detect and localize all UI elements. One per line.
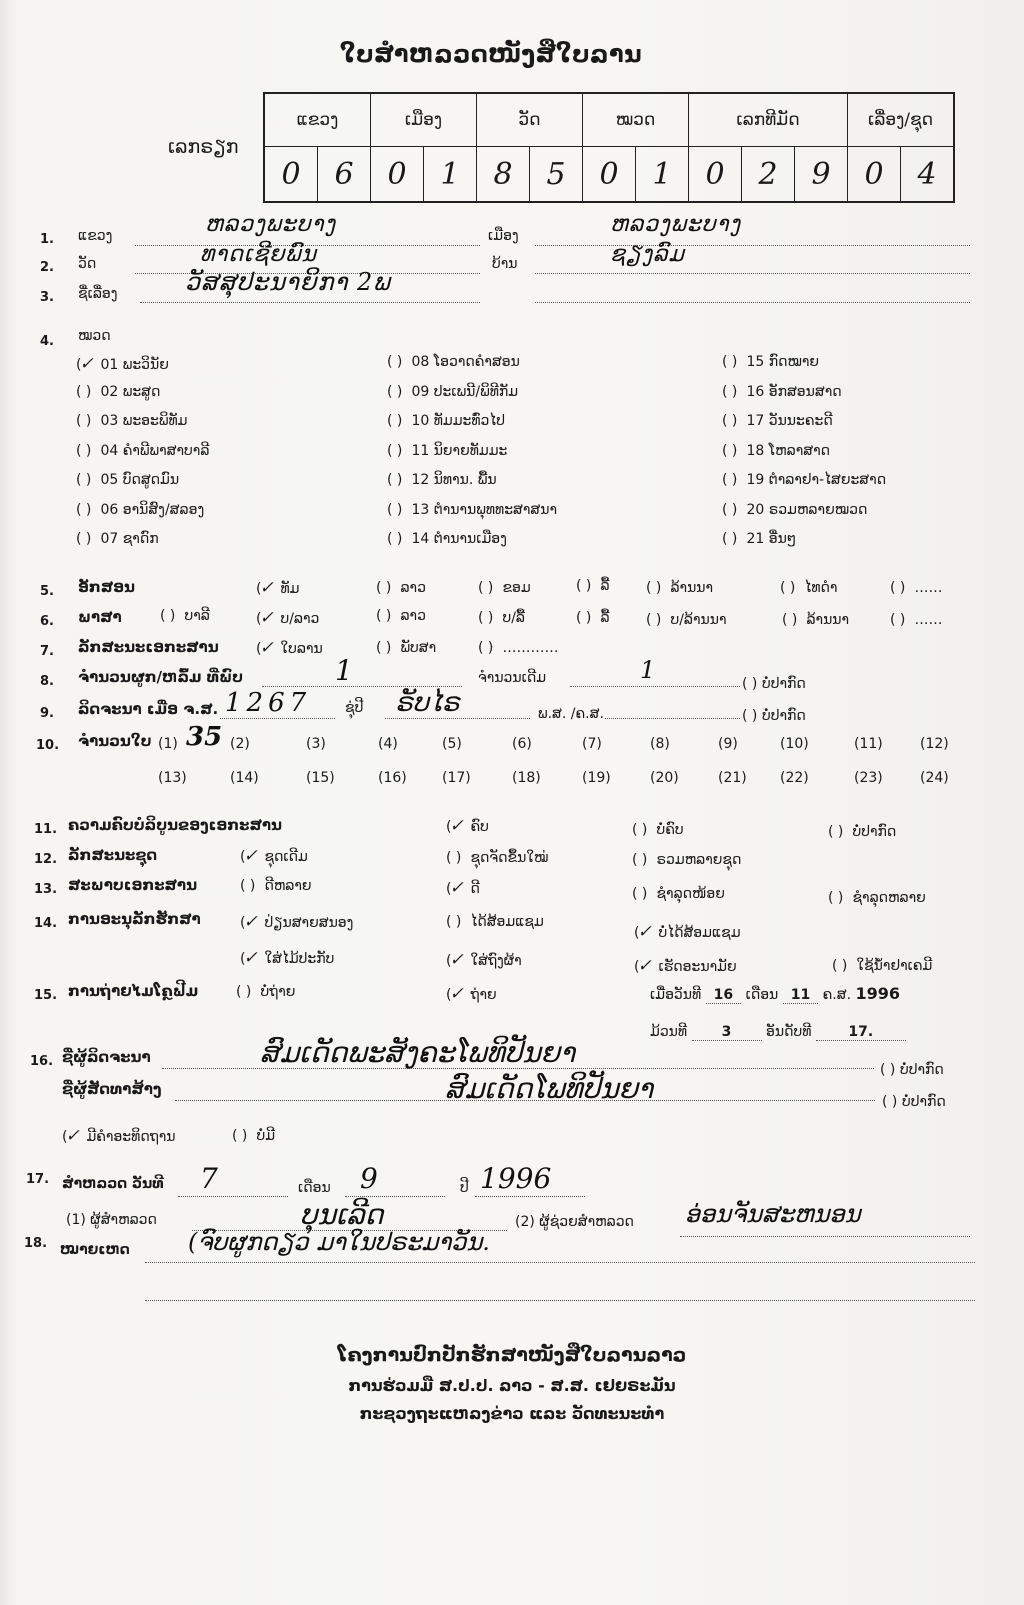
empty-checkbox-icon[interactable]: ( ) xyxy=(160,608,180,624)
option-label: 21 ອື່ນໆ xyxy=(742,531,796,547)
option-label: ຊຳລຸດໜ້ອຍ xyxy=(652,886,725,902)
checkbox-option[interactable]: (✓ ບ/ລາວ xyxy=(256,608,319,628)
empty-checkbox-icon[interactable]: ( ) xyxy=(722,531,742,547)
checkbox-option[interactable]: ( ) ໄດ້ສ້ອມແຊມ xyxy=(446,914,544,930)
empty-checkbox-icon[interactable]: ( ) xyxy=(632,886,652,902)
code-header-3: ໝວດ xyxy=(583,93,689,147)
code-digit[interactable]: 9 xyxy=(795,147,848,203)
checkbox-option[interactable]: ( ) ບໍ່ຄົບ xyxy=(632,822,684,838)
leaf-count-value-1[interactable]: 35 xyxy=(186,722,222,752)
option-label: ບໍ່ຖ່າຍ xyxy=(256,984,295,1000)
dotted-line xyxy=(680,1236,970,1237)
checkbox-option[interactable]: ( ) 13 ຕຳນານພຸທທະສາສນາ xyxy=(387,502,557,518)
option-label: ລ້ານນາ xyxy=(666,580,713,596)
checkbox-option[interactable]: ( ) ໃຊ້ນ້ຳຢາເຄມີ xyxy=(832,958,932,974)
leaf-slot[interactable]: (17) xyxy=(442,770,471,786)
option-label: …… xyxy=(910,580,942,596)
checkmark-icon[interactable]: (✓ xyxy=(634,922,654,942)
year-cycle-label: ຊຸ່ປີ xyxy=(345,700,363,716)
survey-month[interactable]: 9 xyxy=(360,1162,378,1195)
checkmark-icon[interactable]: (✓ xyxy=(446,950,466,970)
empty-checkbox-icon[interactable]: ( ) xyxy=(76,384,96,400)
option-label: 16 ອັກສອນສາດ xyxy=(742,384,842,400)
option-label: ຊຳລຸດຫລາຍ xyxy=(848,890,926,906)
empty-checkbox-icon[interactable]: ( ) xyxy=(632,822,652,838)
option-label: ຄົບ xyxy=(466,819,489,835)
leaf-slot[interactable]: (15) xyxy=(306,770,335,786)
checkbox-option[interactable]: ( ) 16 ອັກສອນສາດ xyxy=(722,384,842,400)
empty-checkbox-icon[interactable]: ( ) xyxy=(376,580,396,596)
dotted-line xyxy=(570,686,740,687)
checkbox-option[interactable]: (✓ ໃສ່ໄມ້ປະກັບ xyxy=(240,948,334,968)
empty-checkbox-icon[interactable]: ( ) xyxy=(387,443,407,459)
author-value[interactable]: ສົມເດັດພະສັງຄະໂພທິປັນຍາ xyxy=(260,1036,575,1069)
checkmark-icon[interactable]: (✓ xyxy=(240,948,260,968)
option-label: ບ/ລາວ xyxy=(276,611,319,627)
dotted-line xyxy=(535,245,970,246)
leaf-slot[interactable]: (9) xyxy=(718,736,738,752)
checkbox-option[interactable]: ( ) 15 ກົດໝາຍ xyxy=(722,354,819,370)
survey-day[interactable]: 7 xyxy=(200,1162,218,1195)
checkbox-option[interactable]: ( ) 05 ບົດສູດມົນ xyxy=(76,472,179,488)
sponsor-label: ຊື່ຜູ້ສັດທາສ້າງ xyxy=(62,1080,162,1098)
empty-checkbox-icon[interactable]: ( ) xyxy=(890,612,910,628)
checkbox-option[interactable]: ( ) ຂອມ xyxy=(478,580,531,596)
s10-number: 10. xyxy=(36,738,59,753)
code-header-1: ເມືອງ xyxy=(371,93,477,147)
checkbox-option[interactable]: (✓ ດີ xyxy=(446,878,480,898)
option-label: 19 ຕຳລາຢາ-ໄສຍະສາດ xyxy=(742,472,886,488)
checkbox-option[interactable]: ( ) ຊຸດຈັດຂຶ້ນໃໝ່ xyxy=(446,850,548,866)
leaf-slot[interactable]: (12) xyxy=(920,736,949,752)
survey-date-label: ສຳຫລວດ ວັນທີ xyxy=(62,1176,164,1192)
checkbox-option[interactable]: ( ) ບ/ລື້ xyxy=(478,610,525,626)
checkmark-icon[interactable]: (✓ xyxy=(240,912,260,932)
empty-checkbox-icon[interactable]: ( ) xyxy=(646,580,666,596)
leaf-slot[interactable]: (22) xyxy=(780,770,809,786)
checkbox-option[interactable]: (✓ 01 ພະວິນັຍ xyxy=(76,354,169,374)
code-digit[interactable]: 4 xyxy=(901,147,955,203)
option-label: ໃບລານ xyxy=(276,641,323,657)
microfilm-roll: ມ້ວນທີ 3 ອັນດັບທີ 17. xyxy=(650,1024,906,1041)
empty-checkbox-icon[interactable]: ( ) xyxy=(446,850,466,866)
category-label: ໝວດ xyxy=(78,328,111,344)
checkbox-option[interactable]: ( ) ຣວມຫລາຍຊຸດ xyxy=(632,852,741,868)
checkbox-option[interactable]: ( ) …… xyxy=(890,580,942,596)
option-label: ລາວ xyxy=(396,580,426,596)
option-label: ທັມ xyxy=(276,581,299,597)
checkbox-option[interactable]: ( ) ບໍ່ປາກົດ xyxy=(828,824,896,840)
original-count-label: ຈຳນວນເດີມ xyxy=(478,670,546,686)
leaf-slot[interactable]: (10) xyxy=(780,736,809,752)
checkbox-option[interactable]: ( ) 02 ພະສູດ xyxy=(76,384,160,400)
checkbox-option[interactable]: ( ) ລາວ xyxy=(376,580,426,596)
reference-number-label: ເລກຣຽກ xyxy=(168,136,239,158)
option-label: …… xyxy=(910,612,942,628)
code-digit[interactable]: 0 xyxy=(583,147,636,203)
checkbox-option[interactable]: ( ) ບໍ່ມີ xyxy=(232,1128,275,1144)
checkmark-icon[interactable]: (✓ xyxy=(446,878,466,898)
checkmark-icon[interactable]: (✓ xyxy=(240,846,260,866)
empty-checkbox-icon[interactable]: ( ) xyxy=(387,472,407,488)
leaf-slot[interactable]: (8) xyxy=(650,736,670,752)
code-digit[interactable]: 1 xyxy=(636,147,689,203)
s16-number: 16. xyxy=(30,1054,53,1069)
leaf-slot[interactable]: (16) xyxy=(378,770,407,786)
empty-checkbox-icon[interactable]: ( ) xyxy=(76,443,96,459)
checkbox-option[interactable]: ( ) ຊຳລຸດຫລາຍ xyxy=(828,890,926,906)
leaf-slot[interactable]: (14) xyxy=(230,770,259,786)
option-label: ບ/ລ້ານນາ xyxy=(666,612,727,628)
author-unknown-option[interactable]: ( )ບໍ່ປາກົດ xyxy=(880,1062,944,1078)
option-label: ໄດ້ສ້ອມແຊມ xyxy=(466,914,544,930)
option-label: ລາວ xyxy=(396,608,426,624)
leaf-slot[interactable]: (7) xyxy=(582,736,602,752)
leaf-slot[interactable]: (21) xyxy=(718,770,747,786)
checkbox-option[interactable]: ( ) ລື້ xyxy=(576,578,610,594)
option-label: 13 ຕຳນານພຸທທະສາສນາ xyxy=(407,502,557,518)
microfilm-label: ການຖ່າຍໄມໂຄຼຟີມ xyxy=(68,982,198,1000)
checkbox-option[interactable]: ( ) 07 ຊາດົກ xyxy=(76,531,159,547)
bundles-found-value[interactable]: 1 xyxy=(335,654,353,687)
empty-checkbox-icon[interactable]: ( ) xyxy=(232,1128,252,1144)
cs-year-value[interactable]: 1267 xyxy=(225,688,311,718)
checkbox-option[interactable]: ( ) 09 ປະເພນີ/ພິທີກັມ xyxy=(387,384,518,400)
empty-checkbox-icon[interactable]: ( ) xyxy=(722,502,742,518)
dotted-line xyxy=(345,1196,445,1197)
checkbox-option[interactable]: ( ) 04 ຄຳພີພາສາບາລີ xyxy=(76,443,209,459)
empty-checkbox-icon[interactable]: ( ) xyxy=(722,384,742,400)
option-label: 07 ຊາດົກ xyxy=(96,531,159,547)
checkmark-icon[interactable]: (✓ xyxy=(446,816,466,836)
checkbox-option[interactable]: (✓ ເຮັດອະນາມັຍ xyxy=(634,956,737,976)
leaf-count-label: ຈຳນວນໃບ xyxy=(78,732,152,750)
option-label: ບ/ລື້ xyxy=(498,610,525,626)
empty-checkbox-icon[interactable]: ( ) xyxy=(387,413,407,429)
option-label: 10 ທັມມະທົ່ວໄປ xyxy=(407,413,505,429)
script-label: ອັກສອນ xyxy=(78,578,135,596)
set-type-label: ລັກສະນະຊຸດ xyxy=(68,846,157,864)
bundles-found-label: ຈຳນວນຜູກ/ຫລົ້ມ ທີ່ພົບ xyxy=(78,668,243,686)
s14-number: 14. xyxy=(34,916,57,931)
empty-checkbox-icon[interactable]: ( ) xyxy=(722,443,742,459)
option-label: 11 ນິຍາຍທັມມະ xyxy=(407,443,507,459)
dotted-line xyxy=(535,302,970,303)
empty-checkbox-icon[interactable]: ( ) xyxy=(632,852,652,868)
checkbox-option[interactable]: ( ) 11 ນິຍາຍທັມມະ xyxy=(387,443,507,459)
checkbox-option[interactable]: ( ) 20 ຣວມຫລາຍໝວດ xyxy=(722,502,867,518)
checkmark-icon[interactable]: (✓ xyxy=(256,578,276,598)
option-label: ໄທດຳ xyxy=(800,580,837,596)
s4-number: 4. xyxy=(40,334,54,349)
option-label: 20 ຣວມຫລາຍໝວດ xyxy=(742,502,867,518)
option-label: 12 ນິທານ. ພື້ນ xyxy=(407,472,497,488)
checkbox-option[interactable]: (✓ ມີຄຳອະທິດຖານ xyxy=(62,1126,176,1146)
empty-checkbox-icon[interactable]: ( ) xyxy=(76,472,96,488)
option-label: ດີ xyxy=(466,881,480,897)
option-label: ຊຸດຈັດຂຶ້ນໃໝ່ xyxy=(466,850,548,866)
option-label: ລື້ xyxy=(596,578,610,594)
leaf-slot[interactable]: (1) xyxy=(158,736,178,752)
option-label: ໃສ່ໄມ້ປະກັບ xyxy=(260,951,334,967)
empty-checkbox-icon[interactable]: ( ) xyxy=(387,384,407,400)
sponsor-value[interactable]: ສົມເດັດໂພທິປັນຍາ xyxy=(445,1072,653,1105)
checkbox-option[interactable]: ( ) 18 ໂຫລາສາດ xyxy=(722,443,830,459)
leaf-slot[interactable]: (3) xyxy=(306,736,326,752)
code-digit[interactable]: 8 xyxy=(477,147,530,203)
empty-checkbox-icon[interactable]: ( ) xyxy=(722,354,742,370)
inscribed-label: ລິດຈະນາ ເມື່ອ ຈ.ສ. xyxy=(78,700,218,718)
leaf-slot[interactable]: (23) xyxy=(854,770,883,786)
leaf-slot[interactable]: (2) xyxy=(230,736,250,752)
checkmark-icon[interactable]: (✓ xyxy=(256,638,276,658)
dotted-line xyxy=(385,718,530,719)
checkmark-icon[interactable]: (✓ xyxy=(634,956,654,976)
checkmark-icon[interactable]: (✓ xyxy=(256,608,276,628)
empty-checkbox-icon[interactable]: ( ) xyxy=(722,472,742,488)
empty-checkbox-icon[interactable]: ( ) xyxy=(387,502,407,518)
checkbox-option[interactable]: ( ) ໄທດຳ xyxy=(780,580,837,596)
checkbox-option[interactable]: ( ) ລ້ານນາ xyxy=(646,580,713,596)
checkbox-option[interactable]: ( ) 12 ນິທານ. ພື້ນ xyxy=(387,472,497,488)
district-label: ເມືອງ xyxy=(488,228,519,244)
option-label: 05 ບົດສູດມົນ xyxy=(96,472,179,488)
checkmark-icon[interactable]: (✓ xyxy=(62,1126,82,1146)
roll-number[interactable]: 3 xyxy=(692,1024,762,1041)
leaf-slot[interactable]: (20) xyxy=(650,770,679,786)
leaf-slot[interactable]: (5) xyxy=(442,736,462,752)
empty-checkbox-icon[interactable]: ( ) xyxy=(478,610,498,626)
province-label: ແຂວງ xyxy=(78,228,112,244)
option-label: ໃຊ້ນ້ຳຢາເຄມີ xyxy=(852,958,932,974)
s9-number: 9. xyxy=(40,706,54,721)
option-label: 04 ຄຳພີພາສາບາລີ xyxy=(96,443,209,459)
option-label: 02 ພະສູດ xyxy=(96,384,160,400)
province-value[interactable]: ຫລວງພະບາງ xyxy=(205,212,336,237)
sponsor-unknown-option[interactable]: ( )ບໍ່ປາກົດ xyxy=(882,1094,946,1110)
empty-checkbox-icon[interactable]: ( ) xyxy=(832,958,852,974)
option-label: ໃສ່ຖົງຜ້າ xyxy=(466,953,522,969)
remarks-value[interactable]: (ຈົບຜູກດຽວ ມາໃນປຣະມາວັນ. xyxy=(188,1228,490,1256)
s2-number: 2. xyxy=(40,260,54,275)
form-title: ໃບສຳຫລວດໜັງສືໃບລານ xyxy=(340,40,642,68)
checkbox-option[interactable]: (✓ ບໍ່ໄດ້ສ້ອມແຊມ xyxy=(634,922,741,942)
village-value[interactable]: ຊຽງລົມ xyxy=(610,242,685,267)
microfilm-year[interactable]: 1996 xyxy=(856,984,901,1003)
leaf-slot[interactable]: (6) xyxy=(512,736,532,752)
s1-number: 1. xyxy=(40,232,54,247)
checkmark-icon[interactable]: (✓ xyxy=(76,354,96,374)
checkbox-option[interactable]: ( ) ລາວ xyxy=(376,608,426,624)
option-label: ຖ່າຍ xyxy=(466,987,497,1003)
leaf-slot[interactable]: (18) xyxy=(512,770,541,786)
title-label: ຊື່ເລື່ອງ xyxy=(78,286,118,302)
checkbox-option[interactable]: ( ) 03 ພະອະພິທັມ xyxy=(76,413,188,429)
dotted-line xyxy=(145,1262,975,1263)
option-label: 06 ອານິສົງ/ສລອງ xyxy=(96,502,204,518)
empty-checkbox-icon[interactable]: ( ) xyxy=(376,640,396,656)
option-label: 09 ປະເພນີ/ພິທີກັມ xyxy=(407,384,518,400)
empty-checkbox-icon[interactable]: ( ) xyxy=(387,354,407,370)
option-label: ບໍ່ຄົບ xyxy=(652,822,684,838)
option-label: ບໍ່ປາກົດ xyxy=(848,824,896,840)
checkbox-option[interactable]: ( ) ບໍ່ຖ່າຍ xyxy=(236,984,295,1000)
condition-label: ສະພາບເອກະສານ xyxy=(68,876,197,894)
dotted-line xyxy=(475,1196,585,1197)
checkbox-option[interactable]: ( ) ຊຳລຸດໜ້ອຍ xyxy=(632,886,725,902)
checkbox-option[interactable]: ( ) ………… xyxy=(478,640,558,656)
checkbox-option[interactable]: ( ) 19 ຕຳລາຢາ-ໄສຍະສາດ xyxy=(722,472,886,488)
option-label: ບໍ່ມີ xyxy=(252,1128,275,1144)
assistant-label: (2) ຜູ້ຊ່ວຍສຳຫລວດ xyxy=(515,1214,634,1230)
checkbox-option[interactable]: (✓ ທັມ xyxy=(256,578,299,598)
sequence-number[interactable]: 17. xyxy=(816,1024,906,1041)
option-label: 03 ພະອະພິທັມ xyxy=(96,413,188,429)
code-digit[interactable]: 0 xyxy=(689,147,742,203)
code-digit[interactable]: 6 xyxy=(318,147,371,203)
option-label: ປ່ຽນສາຍສນອງ xyxy=(260,915,353,931)
s15-number: 15. xyxy=(34,988,57,1003)
checkbox-option[interactable]: ( ) ລື້ xyxy=(576,610,610,626)
completeness-label: ຄວາມຄົບບໍລິບູນຂອງເອກະສານ xyxy=(68,816,282,834)
empty-checkbox-icon[interactable]: ( ) xyxy=(236,984,256,1000)
empty-checkbox-icon[interactable]: ( ) xyxy=(478,580,498,596)
s13-number: 13. xyxy=(34,882,57,897)
leaf-slot[interactable]: (24) xyxy=(920,770,949,786)
option-label: 14 ຕຳນານເມືອງ xyxy=(407,531,507,547)
empty-checkbox-icon[interactable]: ( ) xyxy=(780,580,800,596)
code-digit[interactable]: 5 xyxy=(530,147,583,203)
empty-checkbox-icon[interactable]: ( ) xyxy=(576,610,596,626)
empty-checkbox-icon[interactable]: ( ) xyxy=(576,578,596,594)
checkbox-option[interactable]: ( ) 17 ວັນນະຄະດີ xyxy=(722,413,833,429)
microfilm-date: ເມື່ອວັນທີ 16 ເດືອນ 11 ຄ.ສ. 1996 xyxy=(650,984,900,1003)
option-label: ເຮັດອະນາມັຍ xyxy=(654,959,737,975)
temple-label: ວັດ xyxy=(78,256,96,272)
microfilm-month[interactable]: 11 xyxy=(783,987,818,1004)
empty-checkbox-icon[interactable]: ( ) xyxy=(722,413,742,429)
checkbox-option[interactable]: (✓ ໃສ່ຖົງຜ້າ xyxy=(446,950,522,970)
s8-unknown-option[interactable]: ( )ບໍ່ປາກົດ xyxy=(742,676,806,692)
code-header-5: ເລື່ອງ/ຊຸດ xyxy=(848,93,955,147)
s17-number: 17. xyxy=(26,1172,49,1187)
checkbox-option[interactable]: ( ) 21 ອື່ນໆ xyxy=(722,531,796,547)
s12-number: 12. xyxy=(34,852,57,867)
option-label: ບາລີ xyxy=(180,608,210,624)
checkbox-option[interactable]: ( ) 14 ຕຳນານເມືອງ xyxy=(387,531,507,547)
option-label: ຣວມຫລາຍຊຸດ xyxy=(652,852,741,868)
checkbox-option[interactable]: (✓ ໃບລານ xyxy=(256,638,323,658)
year-cycle-value[interactable]: ຣັບໄຣ xyxy=(395,688,460,718)
temple-value[interactable]: ທາດເຊີຍພົນ xyxy=(200,242,317,267)
empty-checkbox-icon[interactable]: ( ) xyxy=(76,413,96,429)
option-label: ຊຸດເດີມ xyxy=(260,849,308,865)
checkbox-option[interactable]: ( ) 08 ໂອວາດຄຳສອນ xyxy=(387,354,520,370)
empty-checkbox-icon[interactable]: ( ) xyxy=(478,640,498,656)
checkbox-option[interactable]: ( ) 06 ອານິສົງ/ສລອງ xyxy=(76,502,204,518)
option-label: ລ້ານນາ xyxy=(802,612,849,628)
empty-checkbox-icon[interactable]: ( ) xyxy=(240,878,260,894)
empty-checkbox-icon[interactable]: ( ) xyxy=(387,531,407,547)
dotted-line xyxy=(262,686,462,687)
document-type-label: ລັກສະນະເອກະສານ xyxy=(78,638,219,656)
survey-form-page: ໃບສຳຫລວດໜັງສືໃບລານ ເລກຣຽກ ແຂວງເມືອງວັດໝວ… xyxy=(0,0,1024,1605)
checkbox-option[interactable]: ( ) ບາລີ xyxy=(160,608,210,624)
code-header-4: ເລກທີມັດ xyxy=(689,93,848,147)
code-digit[interactable]: 0 xyxy=(264,147,318,203)
leaf-slot[interactable]: (11) xyxy=(854,736,883,752)
title-value[interactable]: ວັສສຸປະນາຍິກາ 2ພ xyxy=(185,268,391,296)
s9-unknown-option[interactable]: ( )ບໍ່ປາກົດ xyxy=(742,708,806,724)
leaf-slot[interactable]: (4) xyxy=(378,736,398,752)
footer-ministry: ກະຊວງຖະແຫລງຂ່າວ ແລະ ວັດທະນະທຳ xyxy=(0,1404,1024,1423)
reference-code-table: ແຂວງເມືອງວັດໝວດເລກທີມັດເລື່ອງ/ຊຸດ 060185… xyxy=(263,92,955,203)
checkbox-option[interactable]: ( ) ດີຫລາຍ xyxy=(240,878,312,894)
option-label: 15 ກົດໝາຍ xyxy=(742,354,819,370)
original-count-value[interactable]: 1 xyxy=(640,656,655,684)
checkbox-option[interactable]: ( ) ລ້ານນາ xyxy=(782,612,849,628)
empty-checkbox-icon[interactable]: ( ) xyxy=(782,612,802,628)
option-label: ພັບສາ xyxy=(396,640,436,656)
code-digit[interactable]: 0 xyxy=(848,147,901,203)
code-digit[interactable]: 1 xyxy=(424,147,477,203)
s18-number: 18. xyxy=(24,1236,47,1251)
option-label: ຂອມ xyxy=(498,580,531,596)
option-label: ບໍ່ໄດ້ສ້ອມແຊມ xyxy=(654,925,741,941)
s6-number: 6. xyxy=(40,614,54,629)
checkbox-option[interactable]: ( ) …… xyxy=(890,612,942,628)
option-label: ມີຄຳອະທິດຖານ xyxy=(82,1129,176,1145)
s8-number: 8. xyxy=(40,674,54,689)
footer-project: ໂຄງການປົກປັກຮັກສາໜັງສືໃບລານລາວ xyxy=(0,1344,1024,1366)
empty-checkbox-icon[interactable]: ( ) xyxy=(890,580,910,596)
leaf-slot[interactable]: (13) xyxy=(158,770,187,786)
microfilm-day[interactable]: 16 xyxy=(706,987,741,1004)
s3-number: 3. xyxy=(40,290,54,305)
surveyor-value[interactable]: ບຸນເລີດ xyxy=(300,1198,383,1231)
dotted-line xyxy=(605,718,740,719)
leaf-slot[interactable]: (19) xyxy=(582,770,611,786)
empty-checkbox-icon[interactable]: ( ) xyxy=(828,824,848,840)
survey-year[interactable]: 1996 xyxy=(480,1162,551,1195)
dotted-line xyxy=(145,1300,975,1301)
checkbox-option[interactable]: (✓ ຖ່າຍ xyxy=(446,984,497,1004)
assistant-value[interactable]: ອ່ອນຈັນສະຫນອນ xyxy=(685,1200,861,1228)
checkbox-option[interactable]: ( ) ພັບສາ xyxy=(376,640,436,656)
language-label: ພາສາ xyxy=(78,608,122,626)
empty-checkbox-icon[interactable]: ( ) xyxy=(446,914,466,930)
empty-checkbox-icon[interactable]: ( ) xyxy=(76,502,96,518)
empty-checkbox-icon[interactable]: ( ) xyxy=(828,890,848,906)
option-label: 08 ໂອວາດຄຳສອນ xyxy=(407,354,520,370)
checkbox-option[interactable]: ( ) ບ/ລ້ານນາ xyxy=(646,612,727,628)
checkbox-option[interactable]: (✓ ປ່ຽນສາຍສນອງ xyxy=(240,912,353,932)
checkbox-option[interactable]: (✓ ຊຸດເດີມ xyxy=(240,846,308,866)
checkbox-option[interactable]: ( ) 10 ທັມມະທົ່ວໄປ xyxy=(387,413,505,429)
author-label: ຊື່ຜູ້ລິດຈະນາ xyxy=(62,1048,151,1066)
code-digit[interactable]: 0 xyxy=(371,147,424,203)
survey-year-label: ປີ xyxy=(460,1180,469,1196)
checkbox-option[interactable]: (✓ ຄົບ xyxy=(446,816,489,836)
district-value[interactable]: ຫລວງພະບາງ xyxy=(610,212,741,237)
conservation-label: ການອະນຸລັກຮັກສາ xyxy=(68,910,201,928)
empty-checkbox-icon[interactable]: ( ) xyxy=(376,608,396,624)
empty-checkbox-icon[interactable]: ( ) xyxy=(76,531,96,547)
code-digit[interactable]: 2 xyxy=(742,147,795,203)
s7-number: 7. xyxy=(40,644,54,659)
checkmark-icon[interactable]: (✓ xyxy=(446,984,466,1004)
empty-checkbox-icon[interactable]: ( ) xyxy=(646,612,666,628)
